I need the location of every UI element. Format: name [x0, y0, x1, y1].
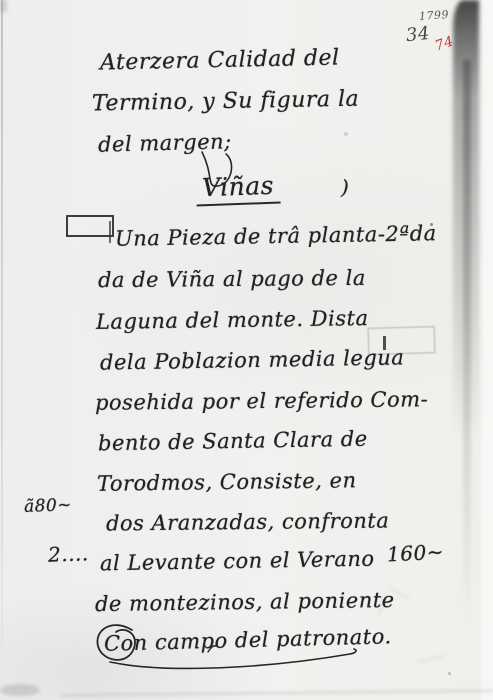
header-line: Termino, y Su figura la — [92, 87, 360, 117]
right-paper-strip — [479, 0, 493, 700]
ink-speck — [448, 672, 451, 675]
body-line: posehida por el referido Com- — [95, 387, 428, 414]
year-annotation: 1799 — [419, 8, 450, 23]
body-line: Una Pieza de trâ planta-2ªda — [115, 221, 437, 251]
amount-note: 160~ — [386, 540, 444, 567]
bottom-left-smudge — [0, 684, 40, 696]
body-line: bento de Santa Clara de — [98, 427, 368, 456]
corner-smudge — [0, 0, 7, 12]
ink-speck — [344, 132, 348, 136]
body-line: de montezinos, al poniente — [95, 588, 395, 616]
margin-note-2: 2.... — [48, 541, 89, 566]
body-line: dela Poblazion media legua — [100, 345, 405, 374]
body-line: Torodmos, Consiste, en — [97, 468, 357, 496]
margen-flourish — [196, 148, 256, 190]
header-line: Aterzera Calidad del — [100, 45, 340, 75]
body-line: dos Aranzadas, confronta — [106, 509, 390, 536]
manuscript-page: 1799 34 74 Aterzera Calidad del Termino,… — [0, 0, 493, 700]
lower-right-pencil-stroke — [418, 655, 444, 663]
body-line: al Levante con el Verano — [100, 547, 375, 576]
bottom-smudge — [60, 690, 493, 697]
ink-rectangle-mark — [66, 215, 114, 237]
folio-annotation: 34 — [405, 23, 431, 46]
left-scan-edge-line — [1, 0, 3, 700]
margin-note-a80: ã80~ — [24, 495, 73, 517]
ink-rectangle-tick — [109, 221, 111, 243]
paren-mark: ) — [341, 175, 349, 199]
closing-flourish — [88, 616, 378, 686]
body-line: da de Viña al pago de la — [98, 266, 366, 292]
right-scan-shadow-streak — [463, 60, 471, 620]
body-line: Laguna del monte. Dista — [96, 306, 369, 334]
